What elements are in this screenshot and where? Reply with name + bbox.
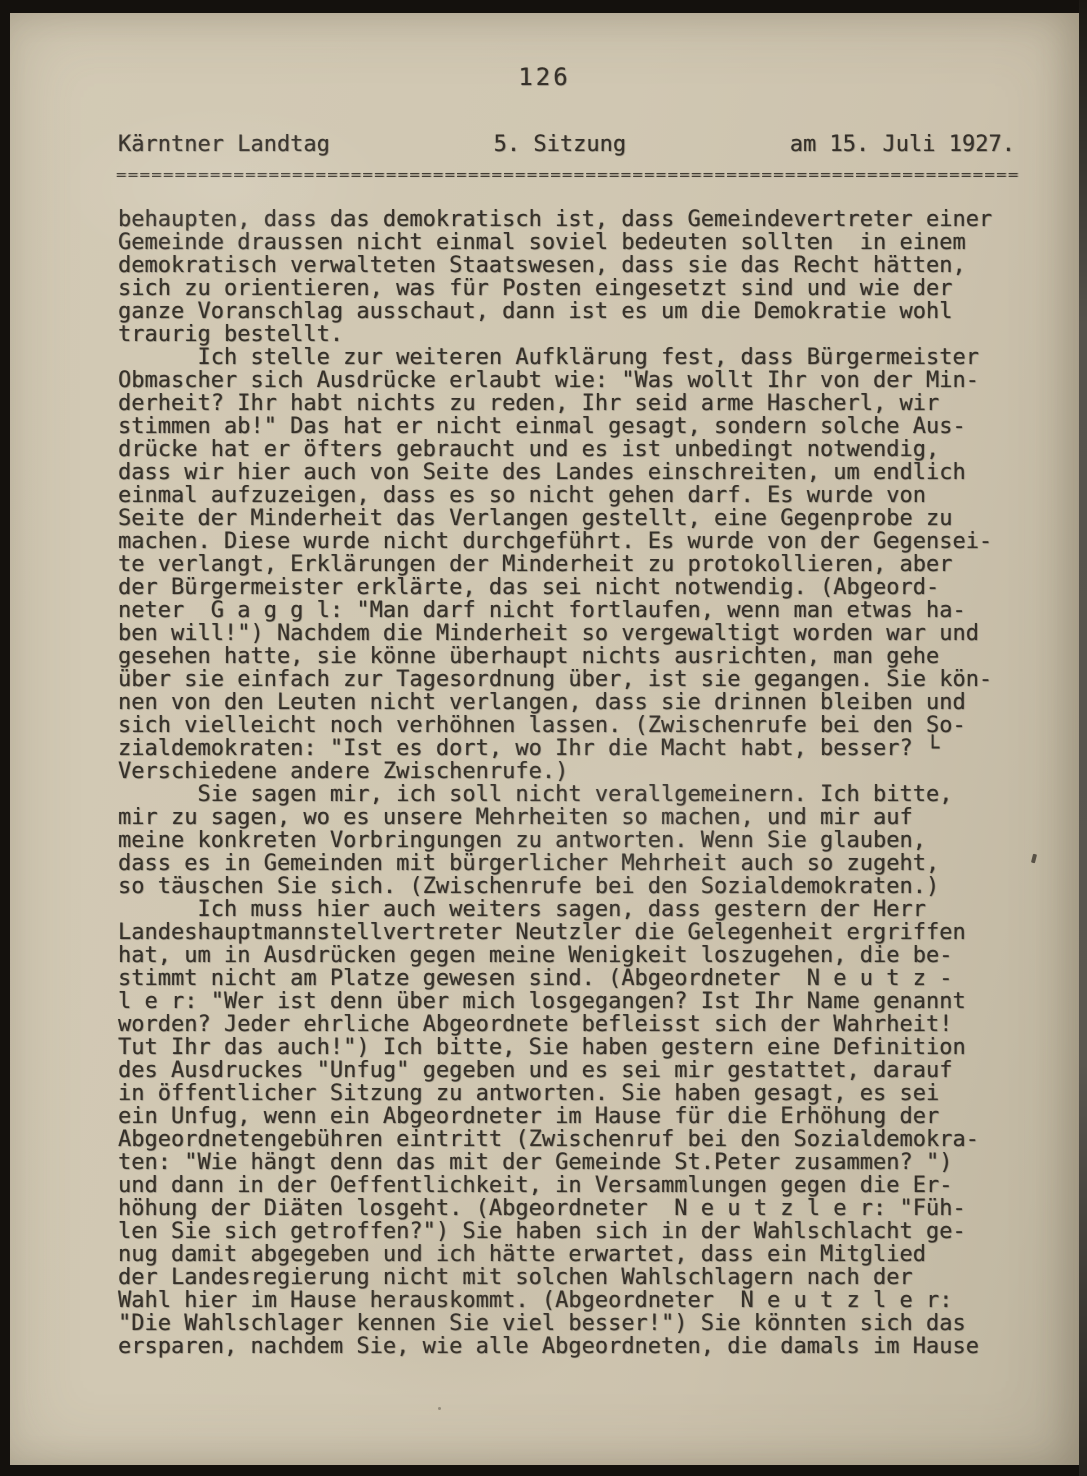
typed-divider-rule: ========================================… bbox=[116, 167, 1019, 184]
header-session-date: am 15. Juli 1927. bbox=[790, 132, 1015, 157]
header-session-body: Kärntner Landtag bbox=[118, 132, 330, 157]
header-session-number: 5. Sitzung bbox=[494, 132, 626, 157]
scanned-document-page: { "page": { "number": "126", "header": {… bbox=[0, 0, 1087, 1476]
ink-speck bbox=[438, 1407, 441, 1410]
scan-edge-shadow bbox=[1079, 0, 1087, 1476]
paper-sheet: 126 Kärntner Landtag 5. Sitzung am 15. J… bbox=[10, 13, 1079, 1465]
page-number: 126 bbox=[10, 63, 1079, 91]
ink-speck bbox=[1031, 854, 1037, 864]
body-text: behaupten, dass das demokratisch ist, da… bbox=[118, 208, 1028, 1358]
page-header: Kärntner Landtag 5. Sitzung am 15. Juli … bbox=[118, 132, 1015, 157]
